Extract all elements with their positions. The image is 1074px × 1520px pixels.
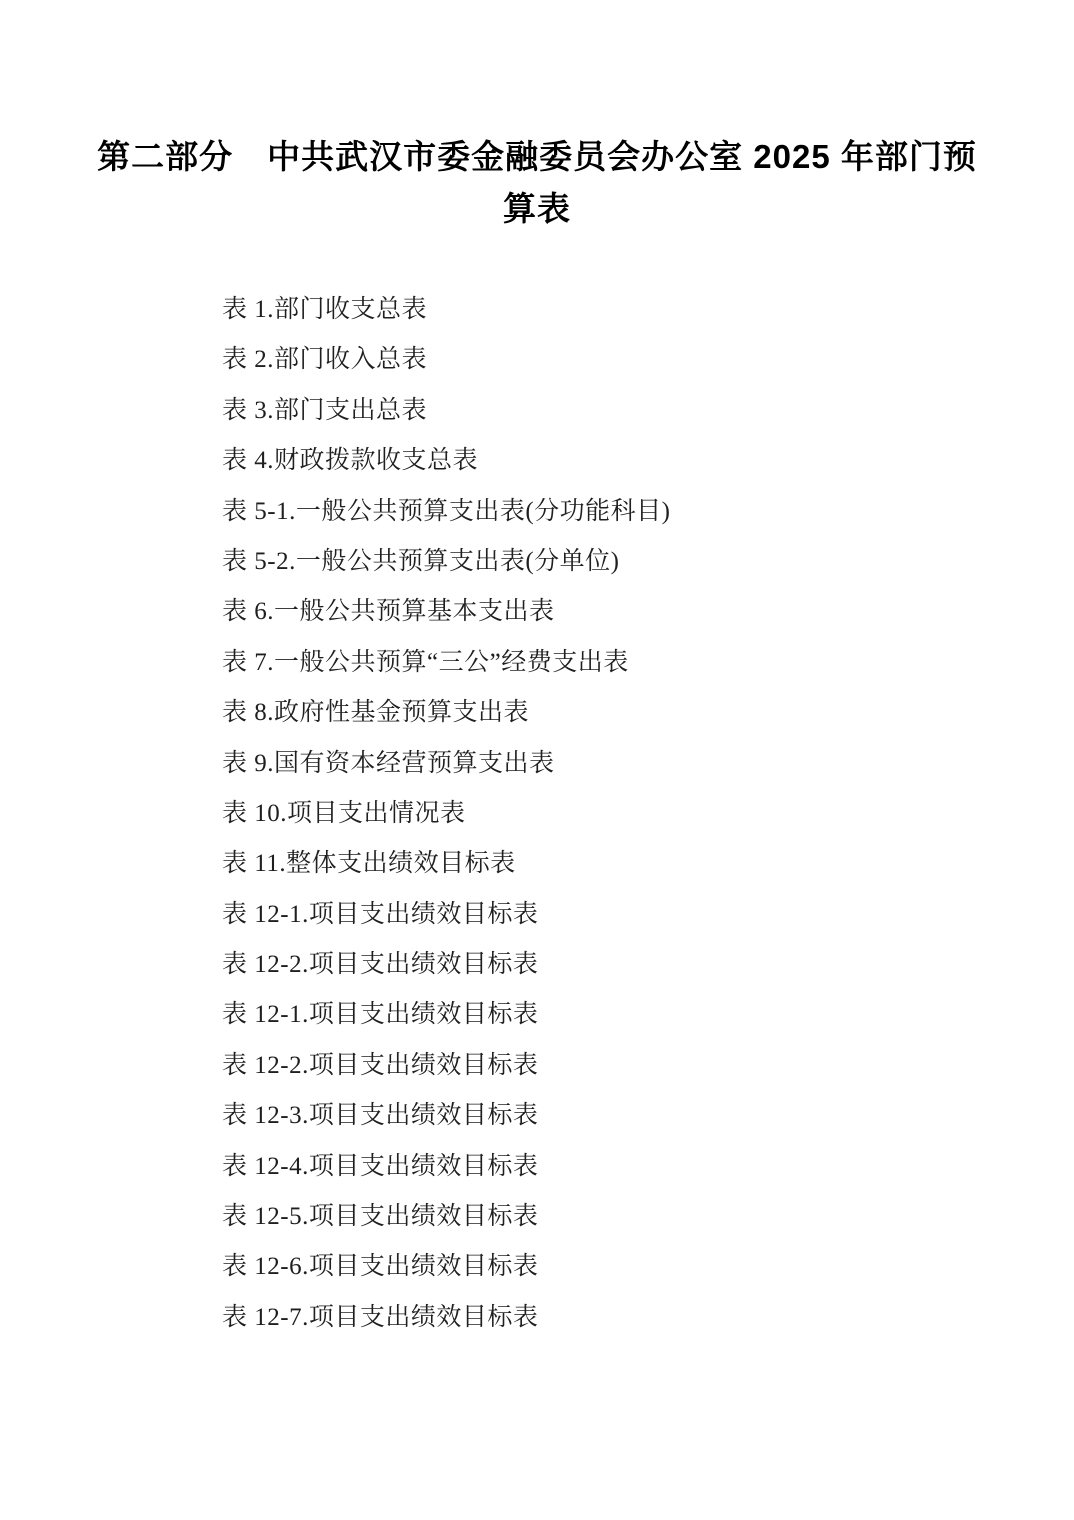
table-list-item: 表 12-2.项目支出绩效目标表 — [222, 940, 670, 990]
budget-table-list: 表 1.部门收支总表 表 2.部门收入总表 表 3.部门支出总表 表 4.财政拨… — [222, 285, 670, 1343]
table-list-item: 表 11.整体支出绩效目标表 — [222, 839, 670, 889]
table-list-item: 表 12-4.项目支出绩效目标表 — [222, 1142, 670, 1192]
table-list-item: 表 7.一般公共预算“三公”经费支出表 — [222, 638, 670, 688]
table-list-item: 表 12-6.项目支出绩效目标表 — [222, 1242, 670, 1292]
table-list-item: 表 1.部门收支总表 — [222, 285, 670, 335]
page-title-line-2: 算表 — [0, 183, 1074, 235]
table-list-item: 表 5-2.一般公共预算支出表(分单位) — [222, 537, 670, 587]
table-list-item: 表 10.项目支出情况表 — [222, 789, 670, 839]
table-list-item: 表 12-3.项目支出绩效目标表 — [222, 1091, 670, 1141]
table-list-item: 表 5-1.一般公共预算支出表(分功能科目) — [222, 487, 670, 537]
table-list-item: 表 12-1.项目支出绩效目标表 — [222, 990, 670, 1040]
document-page: 第二部分 中共武汉市委金融委员会办公室 2025 年部门预 算表 表 1.部门收… — [0, 0, 1074, 1520]
table-list-item: 表 12-1.项目支出绩效目标表 — [222, 890, 670, 940]
table-list-item: 表 8.政府性基金预算支出表 — [222, 688, 670, 738]
table-list-item: 表 4.财政拨款收支总表 — [222, 436, 670, 486]
page-title-line-1: 第二部分 中共武汉市委金融委员会办公室 2025 年部门预 — [0, 131, 1074, 183]
table-list-item: 表 12-7.项目支出绩效目标表 — [222, 1293, 670, 1343]
table-list-item: 表 9.国有资本经营预算支出表 — [222, 739, 670, 789]
table-list-item: 表 3.部门支出总表 — [222, 386, 670, 436]
table-list-item: 表 2.部门收入总表 — [222, 335, 670, 385]
table-list-item: 表 6.一般公共预算基本支出表 — [222, 587, 670, 637]
table-list-item: 表 12-5.项目支出绩效目标表 — [222, 1192, 670, 1242]
page-title: 第二部分 中共武汉市委金融委员会办公室 2025 年部门预 算表 — [0, 131, 1074, 235]
table-list-item: 表 12-2.项目支出绩效目标表 — [222, 1041, 670, 1091]
